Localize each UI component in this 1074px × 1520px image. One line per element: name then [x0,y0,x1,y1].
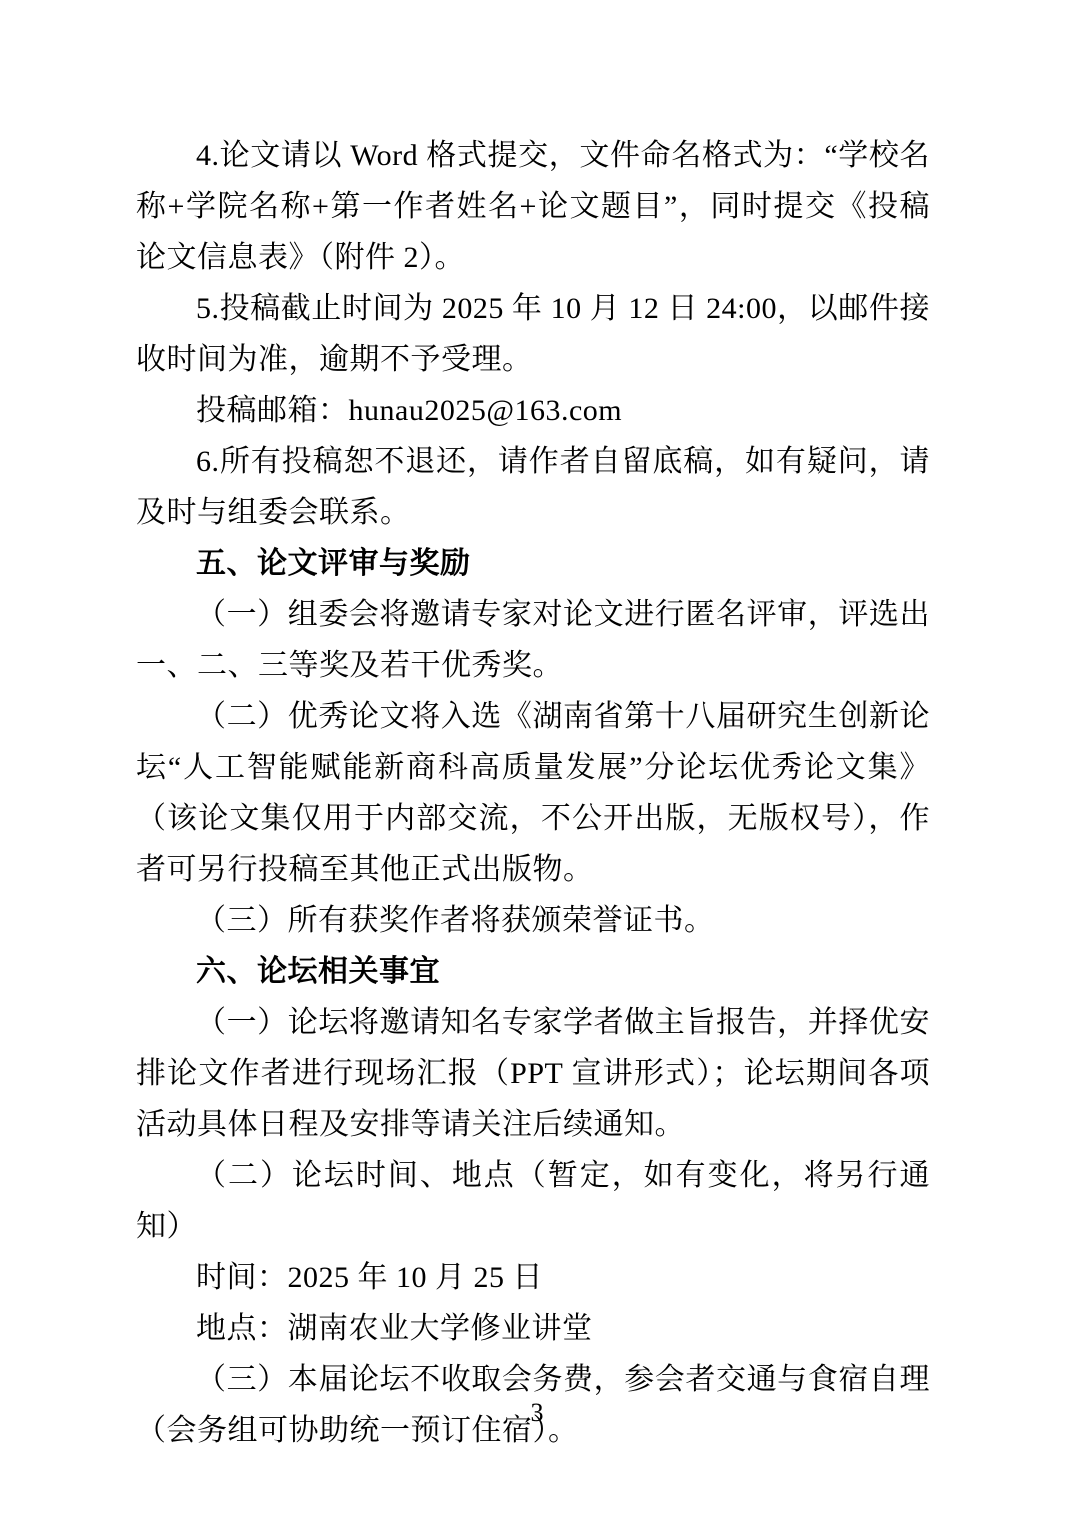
paragraph-forum-time: 时间：2025 年 10 月 25 日 [136,1252,930,1303]
paragraph-excellent-papers-collection: （二）优秀论文将入选《湖南省第十八届研究生创新论坛“人工智能赋能新商科高质量发展… [136,691,930,895]
paragraph-forum-time-place-note: （二）论坛时间、地点（暂定，如有变化，将另行通知） [136,1150,930,1252]
paragraph-forum-place: 地点：湖南农业大学修业讲堂 [136,1303,930,1354]
paragraph-submission-deadline: 5.投稿截止时间为 2025 年 10 月 12 日 24:00，以邮件接收时间… [136,283,930,385]
paragraph-review-process: （一）组委会将邀请专家对论文进行匿名评审，评选出一、二、三等奖及若干优秀奖。 [136,589,930,691]
paragraph-submission-format: 4.论文请以 Word 格式提交，文件命名格式为：“学校名称+学院名称+第一作者… [136,130,930,283]
paragraph-submission-email: 投稿邮箱：hunau2025@163.com [136,385,930,436]
section-heading-forum-matters: 六、论坛相关事宜 [136,946,930,997]
page-number: 3 [0,1398,1074,1428]
paragraph-no-return-notice: 6.所有投稿恕不退还，请作者自留底稿，如有疑问，请及时与组委会联系。 [136,436,930,538]
section-heading-review-awards: 五、论文评审与奖励 [136,538,930,589]
document-body: 4.论文请以 Word 格式提交，文件命名格式为：“学校名称+学院名称+第一作者… [136,130,930,1456]
paragraph-honor-certificates: （三）所有获奖作者将获颁荣誉证书。 [136,895,930,946]
paragraph-forum-reports: （一）论坛将邀请知名专家学者做主旨报告，并择优安排论文作者进行现场汇报（PPT … [136,997,930,1150]
